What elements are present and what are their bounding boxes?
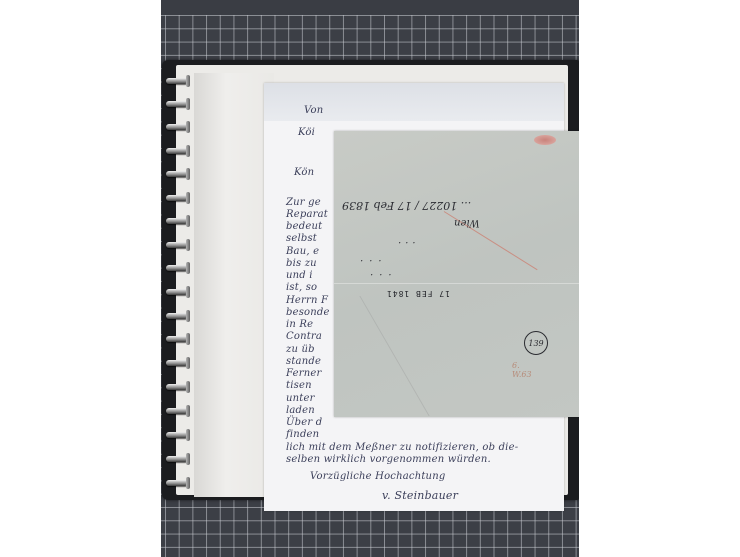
red-wax-mark bbox=[534, 135, 556, 145]
cutting-mat-edge bbox=[161, 0, 579, 15]
binder-ring bbox=[166, 336, 188, 342]
letter-line: stande bbox=[286, 356, 321, 367]
binder-ring bbox=[166, 456, 188, 462]
old-script-line: ... bbox=[364, 271, 392, 282]
binder-ring bbox=[166, 265, 188, 271]
postmark-stamp: 17 FEB 1841 bbox=[386, 289, 450, 298]
letter-line: Von bbox=[304, 105, 323, 116]
letter-line: Reparat bbox=[286, 209, 328, 220]
binder-ring bbox=[166, 408, 188, 414]
binder-ring bbox=[166, 195, 188, 201]
letter-line: Bau, e bbox=[286, 246, 319, 257]
pencil-notation: 6.W.63 bbox=[512, 361, 532, 379]
letter-line: zu üb bbox=[286, 344, 315, 355]
signature: v. Steinbauer bbox=[382, 489, 458, 502]
binder-ring bbox=[166, 171, 188, 177]
old-script-line: ... 10227 / 17 Feb 1839 bbox=[342, 199, 471, 212]
letter-line: lich mit dem Meßner zu notifizieren, ob … bbox=[286, 442, 518, 453]
letter-line: Über d bbox=[286, 417, 322, 428]
binder-ring bbox=[166, 124, 188, 130]
letter-line: bis zu bbox=[286, 258, 317, 269]
letter-line: besonde bbox=[286, 307, 330, 318]
binder-ring bbox=[166, 384, 188, 390]
letter-line: tisen bbox=[286, 380, 312, 391]
binder-ring bbox=[166, 101, 188, 107]
binder-ring bbox=[166, 148, 188, 154]
binder-ring bbox=[166, 360, 188, 366]
letter-line: Kön bbox=[294, 167, 314, 178]
old-script-line: ... bbox=[394, 239, 416, 250]
album-photo: Von Köi Kön Zur ge Reparat bedeut selbst… bbox=[161, 0, 579, 557]
letter-line: laden bbox=[286, 405, 315, 416]
old-script-line: Wien bbox=[454, 217, 480, 228]
binder-ring bbox=[166, 289, 188, 295]
letter-line: Contra bbox=[286, 331, 322, 342]
envelope-flap-fold bbox=[359, 296, 579, 416]
plastic-sleeve: Von Köi Kön Zur ge Reparat bedeut selbst… bbox=[176, 65, 568, 495]
letter-line: bedeut bbox=[286, 221, 322, 232]
historic-letter-sheet: ... 10227 / 17 Feb 1839 Wien ... ... ...… bbox=[334, 131, 579, 417]
letter-line: ist, so bbox=[286, 282, 317, 293]
letter-line: Herrn F bbox=[286, 295, 328, 306]
letter-line: und i bbox=[286, 270, 313, 281]
ring-binder: Von Köi Kön Zur ge Reparat bedeut selbst… bbox=[162, 60, 579, 500]
closing-line: Vorzügliche Hochachtung bbox=[310, 471, 445, 482]
letter-line: selben wirklich vorgenommen würden. bbox=[286, 454, 491, 465]
docket-number-oval: 139 bbox=[524, 331, 548, 355]
binder-ring bbox=[166, 218, 188, 224]
binder-ring bbox=[166, 78, 188, 84]
binder-ring bbox=[166, 313, 188, 319]
letter-line: finden bbox=[286, 429, 319, 440]
binder-rings bbox=[166, 70, 190, 490]
fold-line bbox=[334, 283, 579, 284]
old-script-line: ... bbox=[354, 257, 382, 268]
letter-line: selbst bbox=[286, 233, 317, 244]
binder-ring bbox=[166, 432, 188, 438]
letter-line: in Re bbox=[286, 319, 313, 330]
binder-ring bbox=[166, 242, 188, 248]
interleaf-page bbox=[194, 73, 274, 497]
letter-line: Ferner bbox=[286, 368, 321, 379]
letter-line: Zur ge bbox=[286, 197, 321, 208]
letter-line: unter bbox=[286, 393, 315, 404]
letter-line: Köi bbox=[298, 127, 315, 138]
binder-ring bbox=[166, 480, 188, 486]
